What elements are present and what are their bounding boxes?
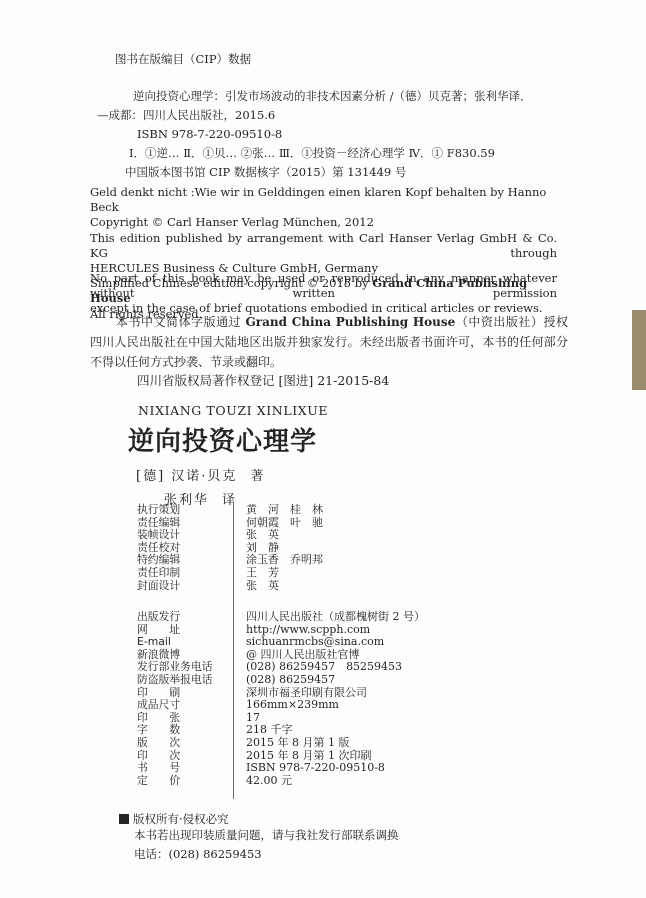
filled-square-icon — [119, 814, 129, 824]
cip-entry-line2: —成都：四川人民出版社，2015.6 — [97, 106, 572, 125]
cip-record-number: 中国版本图书馆 CIP 数据核字（2015）第 131449 号 — [125, 163, 572, 182]
original-title-line: Geld denkt nicht :Wie wir in Gelddingen … — [90, 185, 557, 215]
colophon-label: 防盗版举报电话 — [137, 674, 246, 687]
copyright-page: 图书在版编目（CIP）数据 逆向投资心理学：引发市场波动的非技术因素分析 /（德… — [0, 0, 646, 898]
footer-block: 版权所有·侵权必究 本书若出现印装质量问题，请与我社发行部联系调换 电话：(02… — [119, 812, 399, 864]
credits-value: 黄 河 桂 林 — [246, 504, 323, 517]
rights-notice-text: 版权所有·侵权必究 — [133, 812, 229, 826]
table-row: 责任印制王 芳 — [137, 567, 323, 580]
title-pinyin: NIXIANG TOUZI XINLIXUE — [138, 403, 328, 418]
colophon-value: 166mm×239mm — [246, 699, 339, 712]
rights-notice-line: 版权所有·侵权必究 — [119, 812, 399, 826]
colophon-value-isbn: ISBN 978-7-220-09510-8 — [246, 762, 385, 775]
credits-table: 执行策划黄 河 桂 林 责任编辑何朝霞 叶 驰 装帧设计张 英 责任校对刘 静 … — [137, 504, 323, 592]
colophon-value: 四川人民出版社（成都槐树街 2 号） — [246, 611, 425, 624]
colophon-label: 定 价 — [137, 775, 246, 788]
author-line: [德] 汉诺·贝克著 — [136, 465, 328, 484]
table-row: 成品尺寸166mm×239mm — [137, 699, 425, 712]
contact-phone-line: 电话：(028) 86259453 — [134, 845, 399, 864]
table-row: 定 价42.00 元 — [137, 775, 425, 788]
table-row: 装帧设计张 英 — [137, 529, 323, 542]
cip-isbn: ISBN 978-7-220-09510-8 — [137, 125, 572, 144]
copyright-registration-line: 四川省版权局著作权登记 [图进] 21-2015-84 — [137, 371, 389, 389]
table-row: 执行策划黄 河 桂 林 — [137, 504, 323, 517]
cip-entry-line1: 逆向投资心理学：引发市场波动的非技术因素分析 /（德）贝克著；张利华译． — [133, 87, 572, 106]
colophon-value-email: sichuanrmcbs@sina.com — [246, 636, 384, 649]
page-edge-bookmark — [632, 310, 646, 390]
colophon-value-phone: (028) 86259457 — [246, 674, 335, 687]
no-reproduction-block: No part of this book may be used or repr… — [90, 271, 557, 317]
colophon-label: E-mail — [137, 636, 246, 649]
colophon-table: 出版发行四川人民出版社（成都槐树街 2 号） 网 址http://www.scp… — [137, 611, 425, 787]
colophon-value-price: 42.00 元 — [246, 775, 292, 788]
no-part-line-1: No part of this book may be used or repr… — [90, 271, 557, 301]
cip-heading: 图书在版编目（CIP）数据 — [115, 50, 572, 69]
quality-notice-line: 本书若出现印装质量问题，请与我社发行部联系调换 — [134, 826, 399, 845]
table-row: 书 号ISBN 978-7-220-09510-8 — [137, 762, 425, 775]
colophon-label: 书 号 — [137, 762, 246, 775]
table-row: 版 次2015 年 8 月第 1 版 — [137, 737, 425, 750]
colophon-label: 成品尺寸 — [137, 699, 246, 712]
credits-label: 封面设计 — [137, 580, 246, 593]
license-publisher-name: Grand China Publishing House — [246, 315, 456, 329]
arrangement-line-1: This edition published by arrangement wi… — [90, 231, 557, 261]
table-row: 防盗版举报电话(028) 86259457 — [137, 674, 425, 687]
author-role: 著 — [250, 469, 265, 484]
author-name: [德] 汉诺·贝克 — [136, 469, 237, 484]
cip-block: 图书在版编目（CIP）数据 逆向投资心理学：引发市场波动的非技术因素分析 /（德… — [97, 50, 572, 182]
cip-classification: Ⅰ．①逆… Ⅱ．①贝… ②张… Ⅲ．①投资－经济心理学 Ⅳ．① F830.59 — [129, 144, 572, 163]
book-title: 逆向投资心理学 — [128, 421, 328, 458]
table-row: 封面设计张 英 — [137, 580, 323, 593]
credits-label: 责任印制 — [137, 567, 246, 580]
table-row: 出版发行四川人民出版社（成都槐树街 2 号） — [137, 611, 425, 624]
credits-label: 装帧设计 — [137, 529, 246, 542]
chinese-license-paragraph: 本书中文简体字版通过 Grand China Publishing House（… — [90, 312, 568, 372]
copyright-line: Copyright © Carl Hanser Verlag München, … — [90, 215, 557, 230]
table-row: E-mailsichuanrmcbs@sina.com — [137, 636, 425, 649]
credits-value: 王 芳 — [246, 567, 279, 580]
colophon-label: 出版发行 — [137, 611, 246, 624]
credits-label: 执行策划 — [137, 504, 246, 517]
license-prefix: 本书中文简体字版通过 — [116, 315, 246, 329]
credits-value: 张 英 — [246, 580, 279, 593]
title-block: NIXIANG TOUZI XINLIXUE 逆向投资心理学 [德] 汉诺·贝克… — [128, 403, 328, 508]
colophon-value: 2015 年 8 月第 1 版 — [246, 737, 349, 750]
colophon-label: 版 次 — [137, 737, 246, 750]
credits-value: 张 英 — [246, 529, 279, 542]
